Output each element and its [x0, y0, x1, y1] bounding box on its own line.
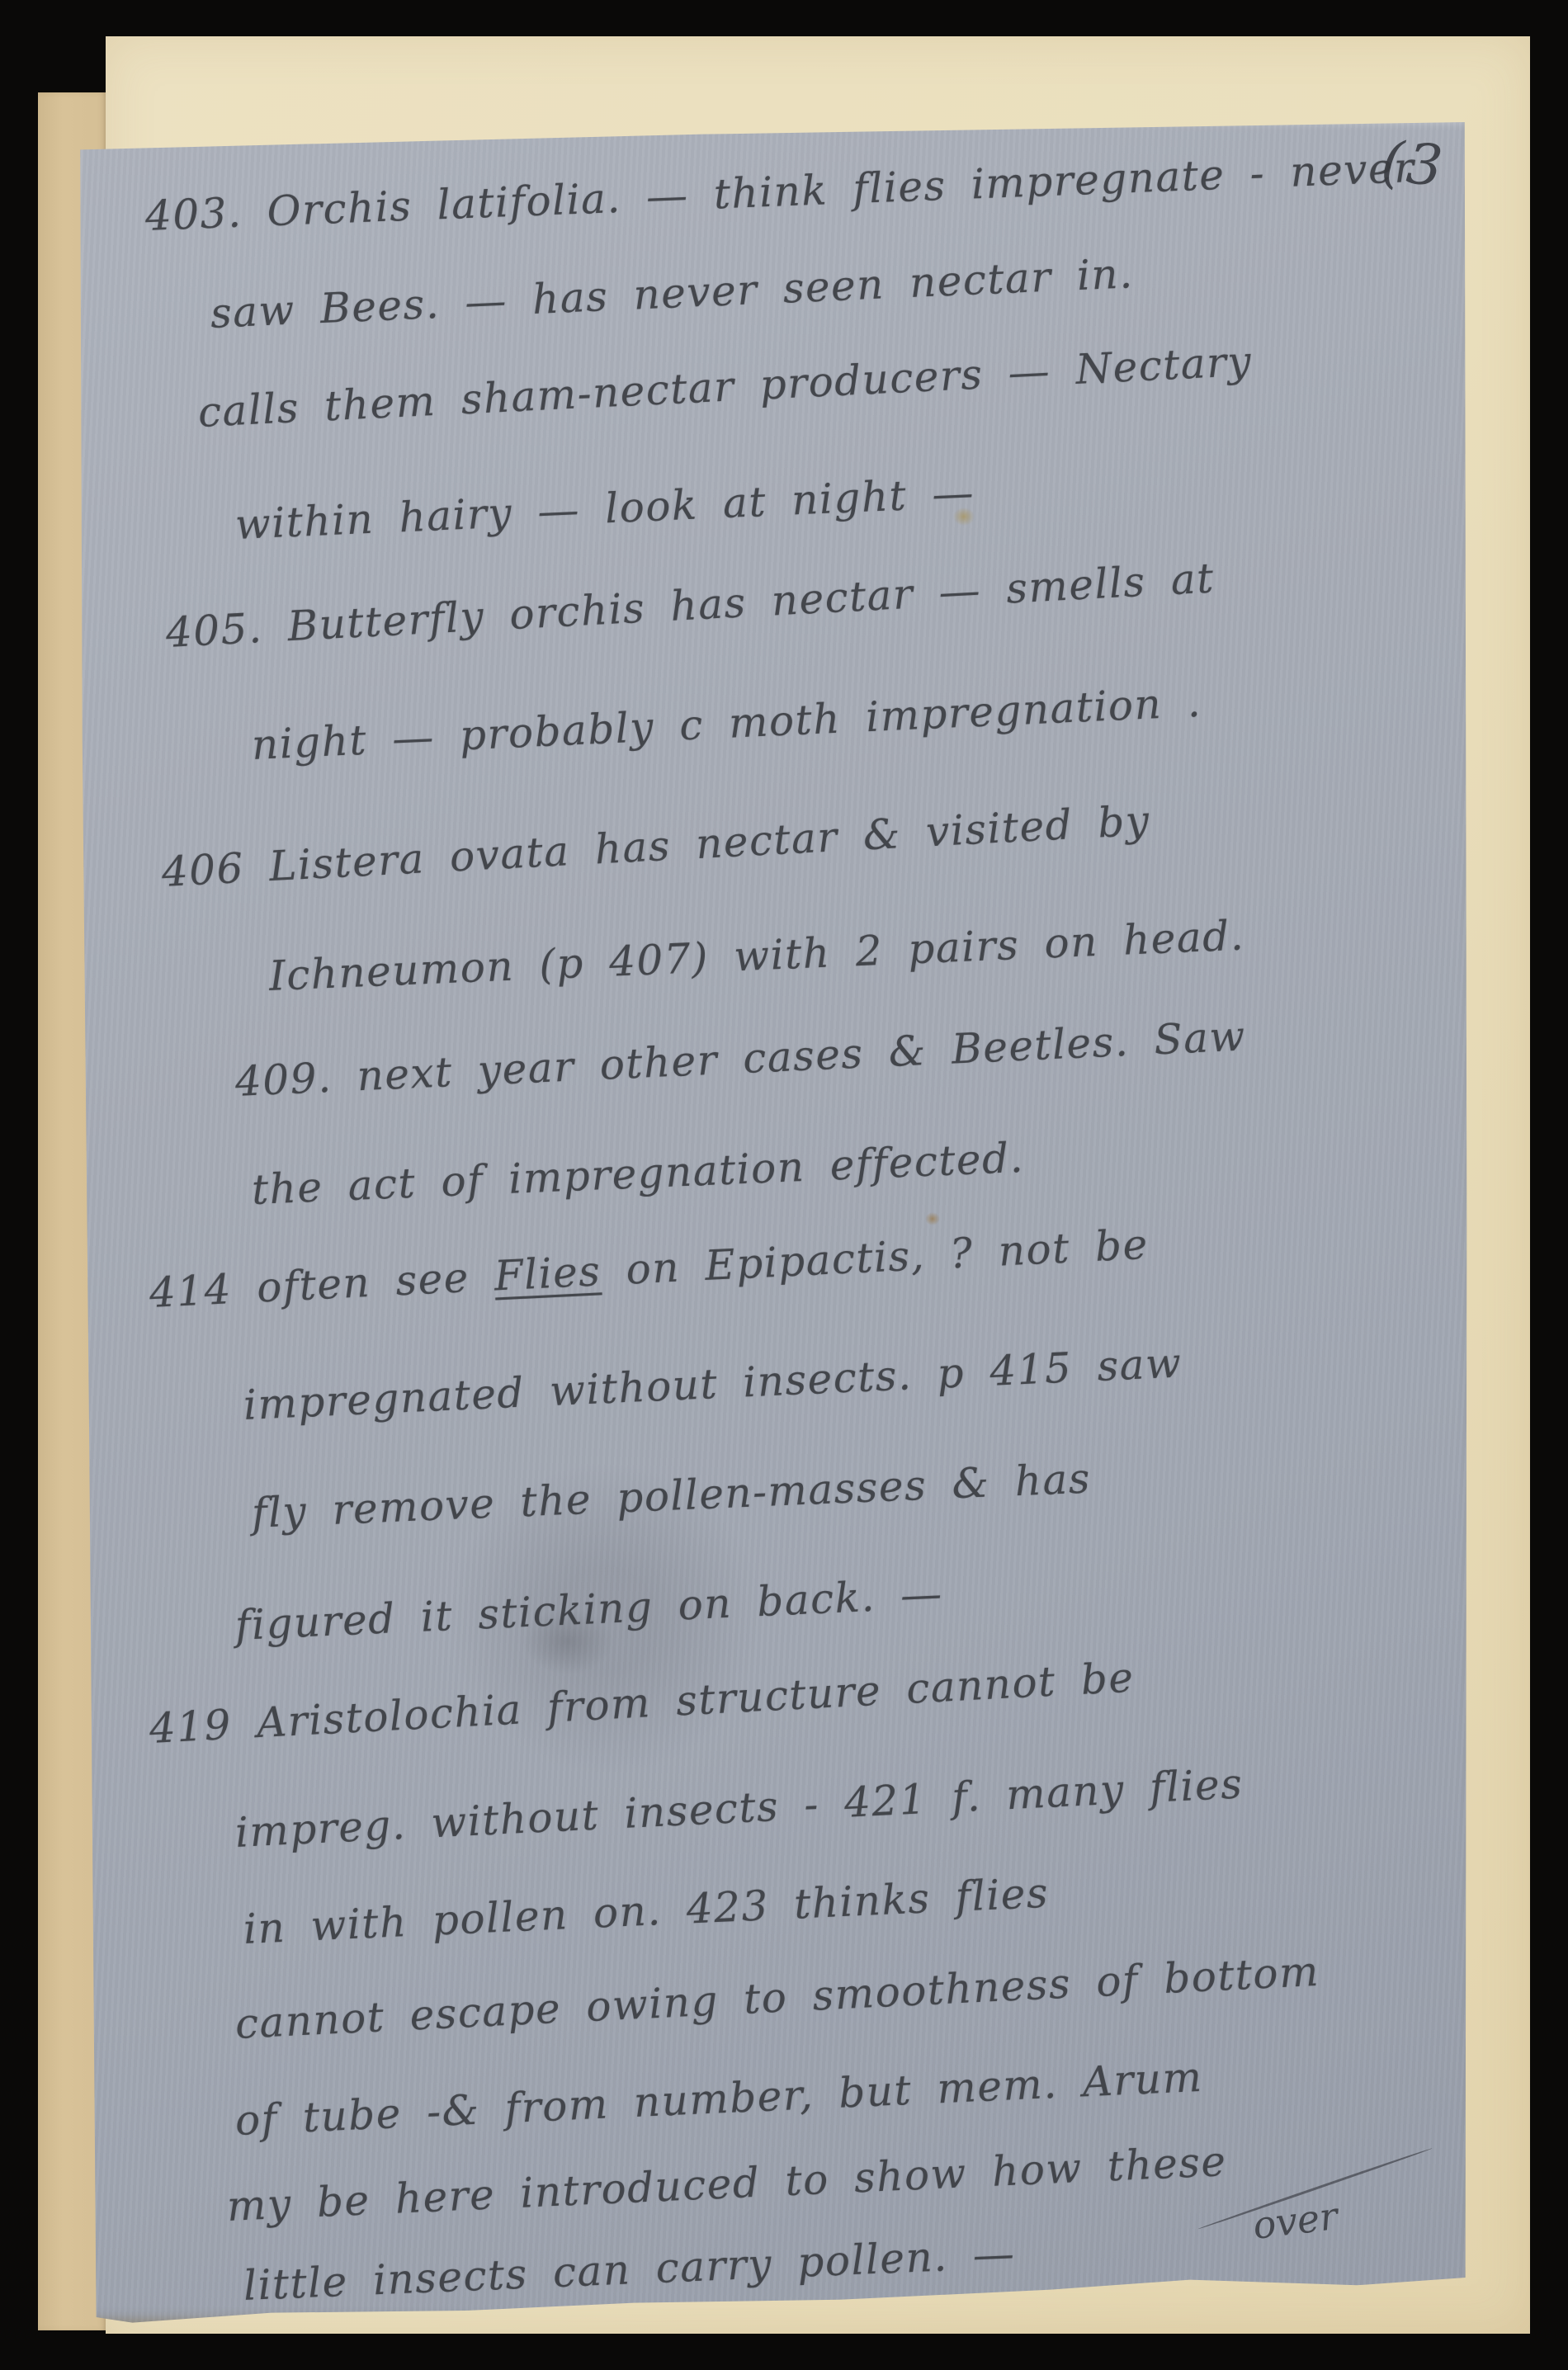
manuscript-line: 406 Listera ovata has nectar & visited b…	[160, 797, 1151, 897]
text-segment: saw Bees. — has never seen nectar in.	[210, 249, 1135, 338]
manuscript-line: 405. Butterfly orchis has nectar — smell…	[164, 554, 1216, 657]
manuscript-line: 414 often see Flies on Epipactis, ? not …	[148, 1220, 1149, 1317]
text-segment: 403. Orchis latifolia. — think flies imp…	[144, 144, 1415, 240]
manuscript-line: impreg. without insects - 421 f. many fl…	[234, 1759, 1244, 1857]
manuscript-line: night — probably c moth impregnation .	[251, 677, 1202, 768]
scan-background: (3 403. Orchis latifolia. — think flies …	[0, 0, 1568, 2370]
manuscript-line: within hairy — look at night —	[234, 469, 975, 549]
over-note: over	[1250, 2193, 1340, 2248]
text-segment: cannot escape owing to smoothness of bot…	[234, 1947, 1321, 2048]
underlined-word: Flies	[493, 1247, 602, 1300]
manuscript-line: 409. next year other cases & Beetles. Sa…	[234, 1012, 1247, 1106]
text-segment: the act of impregnation effected.	[251, 1133, 1025, 1213]
manuscript-line: saw Bees. — has never seen nectar in.	[210, 249, 1135, 338]
text-segment: calls them sham-nectar producers — Necta…	[196, 337, 1253, 436]
manuscript-line: my be here introduced to show how these	[226, 2137, 1228, 2231]
note-paper: (3 403. Orchis latifolia. — think flies …	[77, 122, 1468, 2324]
text-segment: 414 often see	[148, 1253, 495, 1317]
text-segment: impreg. without insects - 421 f. many fl…	[234, 1759, 1244, 1857]
text-segment: 409. next year other cases & Beetles. Sa…	[234, 1012, 1247, 1106]
text-segment: in with pollen on. 423 thinks flies	[243, 1869, 1050, 1953]
text-segment: 406 Listera ovata has nectar & visited b…	[160, 797, 1151, 897]
over-note-label: over	[1250, 2193, 1340, 2248]
manuscript-line: of tube -& from number, but mem. Arum	[234, 2053, 1204, 2145]
manuscript-line: in with pollen on. 423 thinks flies	[243, 1869, 1050, 1953]
manuscript-line: 403. Orchis latifolia. — think flies imp…	[144, 144, 1415, 240]
paper-stain	[925, 1212, 940, 1225]
manuscript-line: fly remove the pollen-masses & has	[251, 1454, 1092, 1537]
text-segment: on Epipactis, ? not be	[599, 1220, 1149, 1295]
manuscript-line: 419 Aristolochia from structure cannot b…	[148, 1654, 1135, 1753]
manuscript-line: the act of impregnation effected.	[251, 1133, 1025, 1213]
text-segment: Ichneumon (p 407) with 2 pairs on head.	[267, 911, 1244, 999]
text-segment: 419 Aristolochia from structure cannot b…	[148, 1654, 1135, 1753]
manuscript-line: Ichneumon (p 407) with 2 pairs on head.	[267, 911, 1244, 999]
text-segment: of tube -& from number, but mem. Arum	[234, 2053, 1204, 2145]
text-segment: night — probably c moth impregnation .	[251, 677, 1202, 768]
text-segment: my be here introduced to show how these	[226, 2137, 1228, 2231]
manuscript-line: cannot escape owing to smoothness of bot…	[234, 1947, 1321, 2048]
text-segment: impregnated without insects. p 415 saw	[243, 1338, 1183, 1429]
text-segment: fly remove the pollen-masses & has	[251, 1454, 1092, 1537]
text-segment: 405. Butterfly orchis has nectar — smell…	[164, 554, 1216, 657]
manuscript-line: impregnated without insects. p 415 saw	[243, 1338, 1183, 1429]
text-segment: within hairy — look at night —	[234, 469, 975, 549]
manuscript-line: calls them sham-nectar producers — Necta…	[196, 337, 1253, 436]
